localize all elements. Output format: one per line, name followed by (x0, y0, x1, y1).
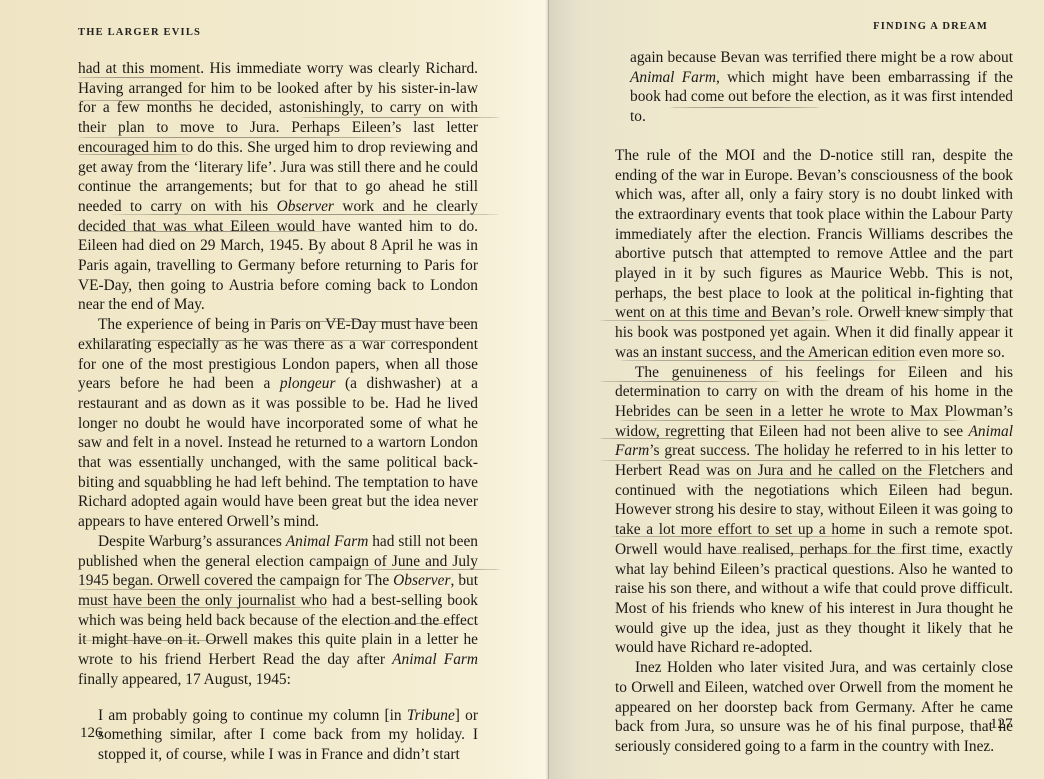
pencil-underline (78, 231, 330, 232)
pencil-underline (78, 589, 290, 590)
text-run: (a dishwasher) at a restaurant and as do… (78, 375, 478, 530)
pencil-underline (300, 117, 500, 118)
paragraph: Inez Holden who later visited Jura, and … (615, 658, 1013, 757)
block-quote-continuation: again because Bevan was terrified there … (615, 48, 1013, 127)
text-run: Inez Holden who later visited Jura, and … (615, 659, 1013, 755)
italic-title: Animal Farm (392, 651, 478, 668)
italic-title: Tribune (407, 707, 455, 724)
pencil-underline (250, 321, 480, 322)
text-run: work and he clearly decided that was wha… (78, 198, 478, 314)
pencil-underline (600, 438, 700, 439)
pencil-underline (620, 360, 910, 361)
text-run: again because Bevan was terrified there … (630, 49, 1013, 66)
pencil-underline (78, 137, 400, 138)
paragraph: The rule of the MOI and the D-notice sti… (615, 146, 1013, 363)
paragraph: Despite Warburg’s assurances Animal Farm… (78, 532, 478, 690)
pencil-underline (700, 553, 940, 554)
page-number-left: 126 (80, 725, 103, 742)
pencil-underline (78, 640, 240, 641)
italic-title: Animal Farm (286, 533, 369, 550)
pencil-underline (610, 536, 860, 537)
pencil-underline (670, 107, 820, 108)
pencil-underline (600, 320, 830, 321)
pencil-underline (880, 310, 1000, 311)
paragraph: The experience of being in Paris on VE-D… (78, 315, 478, 532)
italic-title: plongeur (280, 375, 336, 392)
text-run: The genuineness of his feelings for Eile… (615, 364, 1013, 440)
running-head-left: THE LARGER EVILS (78, 27, 201, 38)
pencil-underline (110, 214, 500, 215)
page-number-right: 127 (990, 716, 1013, 733)
right-page-body: again because Bevan was terrified there … (615, 48, 1013, 757)
text-run: The rule of the MOI and the D-notice sti… (615, 147, 1013, 361)
italic-title: Observer (393, 572, 450, 589)
pencil-underline (600, 460, 960, 461)
block-quote: I am probably going to continue my colum… (98, 706, 478, 765)
text-run: finally appeared, 17 August, 1945: (78, 671, 291, 688)
text-run: ’s great success. The holiday he referre… (615, 442, 1013, 656)
text-run: I am probably going to continue my colum… (98, 707, 407, 724)
pencil-underline (78, 340, 420, 341)
paragraph: The genuineness of his feelings for Eile… (615, 363, 1013, 659)
pencil-underline (700, 478, 990, 479)
pencil-underline (78, 154, 190, 155)
left-page-body: had at this moment. His immediate worry … (78, 59, 478, 765)
pencil-underline (78, 77, 200, 78)
pencil-underline (350, 569, 500, 570)
italic-title: Animal Farm (630, 69, 716, 86)
pencil-underline (600, 381, 780, 382)
running-head-right: FINDING A DREAM (873, 21, 988, 32)
pencil-underline (78, 607, 330, 608)
pencil-underline (350, 623, 480, 624)
paragraph: had at this moment. His immediate worry … (78, 59, 478, 315)
text-run: Despite Warburg’s assurances (98, 533, 286, 550)
pencil-underline (620, 420, 960, 421)
italic-title: Observer (277, 198, 334, 215)
pencil-underline (78, 100, 230, 101)
